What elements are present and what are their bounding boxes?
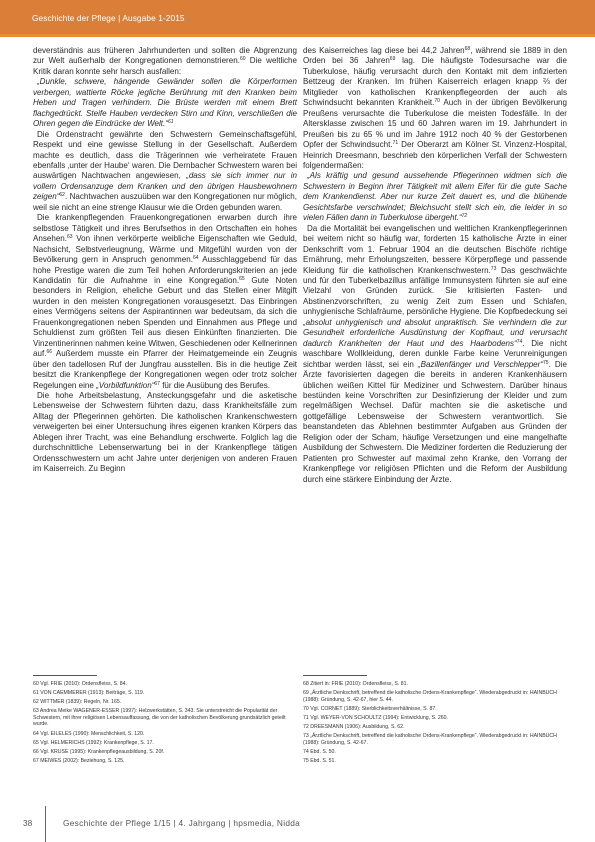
left-column: deverständnis aus früheren Jahrhunderten… bbox=[33, 46, 297, 475]
footnotes-right: 68 Zitiert in: FRIE (2010): Ordensfleiss… bbox=[303, 675, 567, 767]
text-run: des Kaiserreiches lag diese bei 44,2 Jah… bbox=[303, 46, 465, 55]
footnote: 69 „Ärztliche Denkschrift, betreffend di… bbox=[303, 690, 567, 703]
footnote: 61 VON CAEMMERER (1913): Beiträge, S. 11… bbox=[33, 690, 297, 697]
page-number: 38 bbox=[23, 818, 32, 828]
footnote-separator bbox=[33, 675, 97, 676]
footnote: 60 Vgl. FRIE (2010): Ordensfleiss, S. 84… bbox=[33, 681, 297, 688]
text-run: . Nachtwachen auszuüben war den Kongrega… bbox=[33, 192, 297, 211]
footnote: 74 Ebd. S. 50. bbox=[303, 749, 567, 756]
header-rule bbox=[0, 34, 595, 37]
paragraph: des Kaiserreiches lag diese bei 44,2 Jah… bbox=[303, 46, 567, 171]
text-run: . Die Ärzte favorisierten dagegen die be… bbox=[303, 360, 567, 484]
footnote: 68 Zitiert in: FRIE (2010): Ordensfleiss… bbox=[303, 681, 567, 688]
footnote: 75 Ebd. S. 51. bbox=[303, 758, 567, 765]
text-run: Die hohe Arbeitsbelastung, Ansteckungsge… bbox=[33, 391, 297, 473]
footer-divider bbox=[45, 806, 46, 842]
footnote: 71 Vgl. WEYER-VON SCHOULTZ (1994): Entwi… bbox=[303, 715, 567, 722]
footer-text: Geschichte der Pflege 1/15 | 4. Jahrgang… bbox=[63, 818, 300, 828]
text-run: für die Ausübung des Berufes. bbox=[160, 381, 270, 390]
footnote: 63 Andrea Meike WAGENER-ESSER (1997): He… bbox=[33, 708, 297, 728]
text-run: „Als kräftig und gesund aussehende Pfleg… bbox=[303, 171, 567, 222]
footnote: 67 MEIWES (2002): Beziehung, S. 125. bbox=[33, 758, 297, 765]
block-quote: „Als kräftig und gesund aussehende Pfleg… bbox=[303, 171, 567, 223]
footnote: 66 Vgl. KRUSE (1995): Krankenpflegeausbi… bbox=[33, 749, 297, 756]
paragraph: Die Ordenstracht gewährte den Schwestern… bbox=[33, 130, 297, 214]
footnote: 62 WITTMER (1839): Regeln, Nr. 165. bbox=[33, 699, 297, 706]
footnote: 65 Vgl. HELMERICHS (1992): Krankenpflege… bbox=[33, 740, 297, 747]
footnote-ref[interactable]: 72 bbox=[462, 213, 468, 219]
footnote: 73 „Ärztliche Denkschrift, betreffend di… bbox=[303, 733, 567, 746]
paragraph: Da die Mortalität bei evangelischen und … bbox=[303, 224, 567, 485]
footnote-ref[interactable]: 61 bbox=[168, 119, 174, 125]
paragraph: Die krankenpflegenden Frauenkongregation… bbox=[33, 213, 297, 391]
running-header: Geschichte der Pflege | Ausgabe 1-2015 bbox=[0, 0, 595, 34]
block-quote: „Dunkle, schwere, hängende Gewänder soll… bbox=[33, 77, 297, 129]
paragraph: deverständnis aus früheren Jahrhunderten… bbox=[33, 46, 297, 77]
inline-quote: „Vorbildfunktion“ bbox=[96, 381, 154, 390]
running-header-title: Geschichte der Pflege | Ausgabe 1-2015 bbox=[32, 13, 185, 23]
right-column: des Kaiserreiches lag diese bei 44,2 Jah… bbox=[303, 46, 567, 485]
paragraph: Die hohe Arbeitsbelastung, Ansteckungsge… bbox=[33, 391, 297, 475]
inline-quote: „Bazillenfänger und Verschlepper“ bbox=[418, 360, 543, 369]
footnotes-left: 60 Vgl. FRIE (2010): Ordensfleiss, S. 84… bbox=[33, 675, 297, 767]
footnote: 64 Vgl. EILELES (1990): Menschlichkeit, … bbox=[33, 731, 297, 738]
text-run: „Dunkle, schwere, hängende Gewänder soll… bbox=[33, 77, 297, 128]
text-run: Gute Noten besonders in Religion, ehelic… bbox=[33, 276, 297, 358]
footnote: 72 DREESMANN (1906): Ausbildung, S. 62. bbox=[303, 724, 567, 731]
footnote: 70 Vgl. CORNET (1889): Sterblichkeitsver… bbox=[303, 706, 567, 713]
footnote-separator bbox=[303, 675, 367, 676]
